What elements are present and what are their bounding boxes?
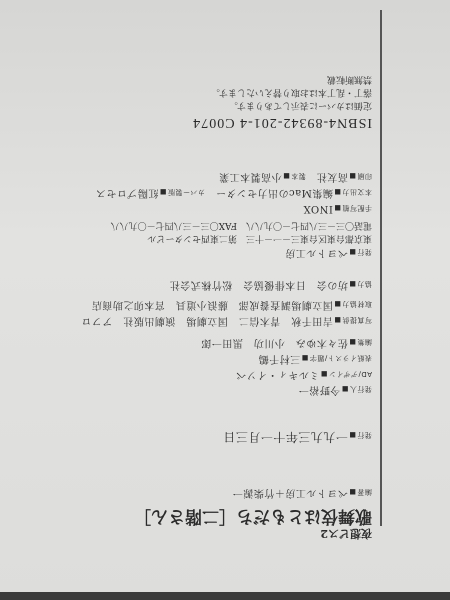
notice-copyright: 禁無断転載 bbox=[192, 72, 372, 85]
publisher-name-line: 発行■ペヨトル工房 bbox=[111, 244, 372, 260]
series-name: 夜想ビス2 bbox=[134, 526, 372, 542]
credits-block: AD/デザイン■ミルキィ・イソベ 表紙イラスト/題字■三村千鶴 編集■佐々木ゆみ… bbox=[81, 276, 372, 382]
publication-date-line: 発行■一九九三年十一月三日 bbox=[223, 427, 372, 445]
isbn: ISBN4-89342-201-4 C0074 bbox=[192, 114, 372, 130]
credit-line: AD/デザイン■ミルキィ・イソベ bbox=[81, 366, 372, 382]
production-line: 本文出力■編集Macの出力センター カバー製版■紅陽プロセス bbox=[95, 184, 372, 200]
production-line: 手配写植■INOX bbox=[95, 200, 372, 216]
publisher-address: 東京都台東区台東三－一－十三 第二東西センタービル bbox=[111, 231, 372, 244]
publisher-person-line: 発行人■今野裕一 bbox=[223, 381, 372, 397]
publisher-name: ペヨトル工房 bbox=[285, 247, 348, 258]
title-block: 夜想ビス2 歌舞伎はともだち［二階さん］ 編著■ペヨトル工房＋竹柴源一 bbox=[134, 484, 372, 542]
credit-line: 表紙イラスト/題字■三村千鶴 bbox=[81, 350, 372, 366]
publisher-person: 今野裕一 bbox=[298, 384, 340, 395]
vertical-rule bbox=[380, 10, 382, 526]
notice-replacement: 落丁・乱丁本はお取り替えいたします。 bbox=[192, 85, 372, 98]
author-line: 編著■ペヨトル工房＋竹柴源一 bbox=[134, 484, 372, 500]
photo-edge bbox=[0, 592, 450, 600]
production-block: 手配写植■INOX 本文出力■編集Macの出力センター カバー製版■紅陽プロセス… bbox=[95, 168, 372, 216]
book-title: 歌舞伎はともだち［二階さん］ bbox=[134, 506, 372, 526]
colophon-rotated: 夜想ビス2 歌舞伎はともだち［二階さん］ 編著■ペヨトル工房＋竹柴源一 発行■一… bbox=[0, 0, 450, 600]
publication-date: 一九九三年十一月三日 bbox=[223, 430, 348, 444]
credit-line: 取材協力■国立劇場調査養成部 藤浪小道具 宮本卯之助商店 bbox=[81, 296, 372, 312]
colophon-page: 夜想ビス2 歌舞伎はともだち［二階さん］ 編著■ペヨトル工房＋竹柴源一 発行■一… bbox=[0, 0, 450, 600]
publisher-phone: 電話〇三－三八四七－〇九八八 FAX〇三－三八四七－〇九八八 bbox=[111, 218, 372, 231]
credit-line: 協力■坊の会 日本俳優協会 松竹株式会社 bbox=[81, 276, 372, 292]
credit-line: 写真提供■吉田千秋 青木信二 国立劇場 演劇出版社 アフロ bbox=[81, 312, 372, 328]
publication-block: 発行■一九九三年十一月三日 発行人■今野裕一 bbox=[223, 381, 372, 445]
author: ペヨトル工房＋竹柴源一 bbox=[232, 487, 348, 498]
credit-line: 編集■佐々木ゆみ 小川功 黒田一郎 bbox=[81, 334, 372, 350]
notice-price: 定価はカバーに表示してあります。 bbox=[192, 98, 372, 111]
production-line: 印刷■高友社 製本■小高製本工業 bbox=[95, 168, 372, 184]
publisher-block: 発行■ペヨトル工房 東京都台東区台東三－一－十三 第二東西センタービル 電話〇三… bbox=[111, 218, 372, 260]
isbn-block: ISBN4-89342-201-4 C0074 定価はカバーに表示してあります。… bbox=[192, 72, 372, 130]
